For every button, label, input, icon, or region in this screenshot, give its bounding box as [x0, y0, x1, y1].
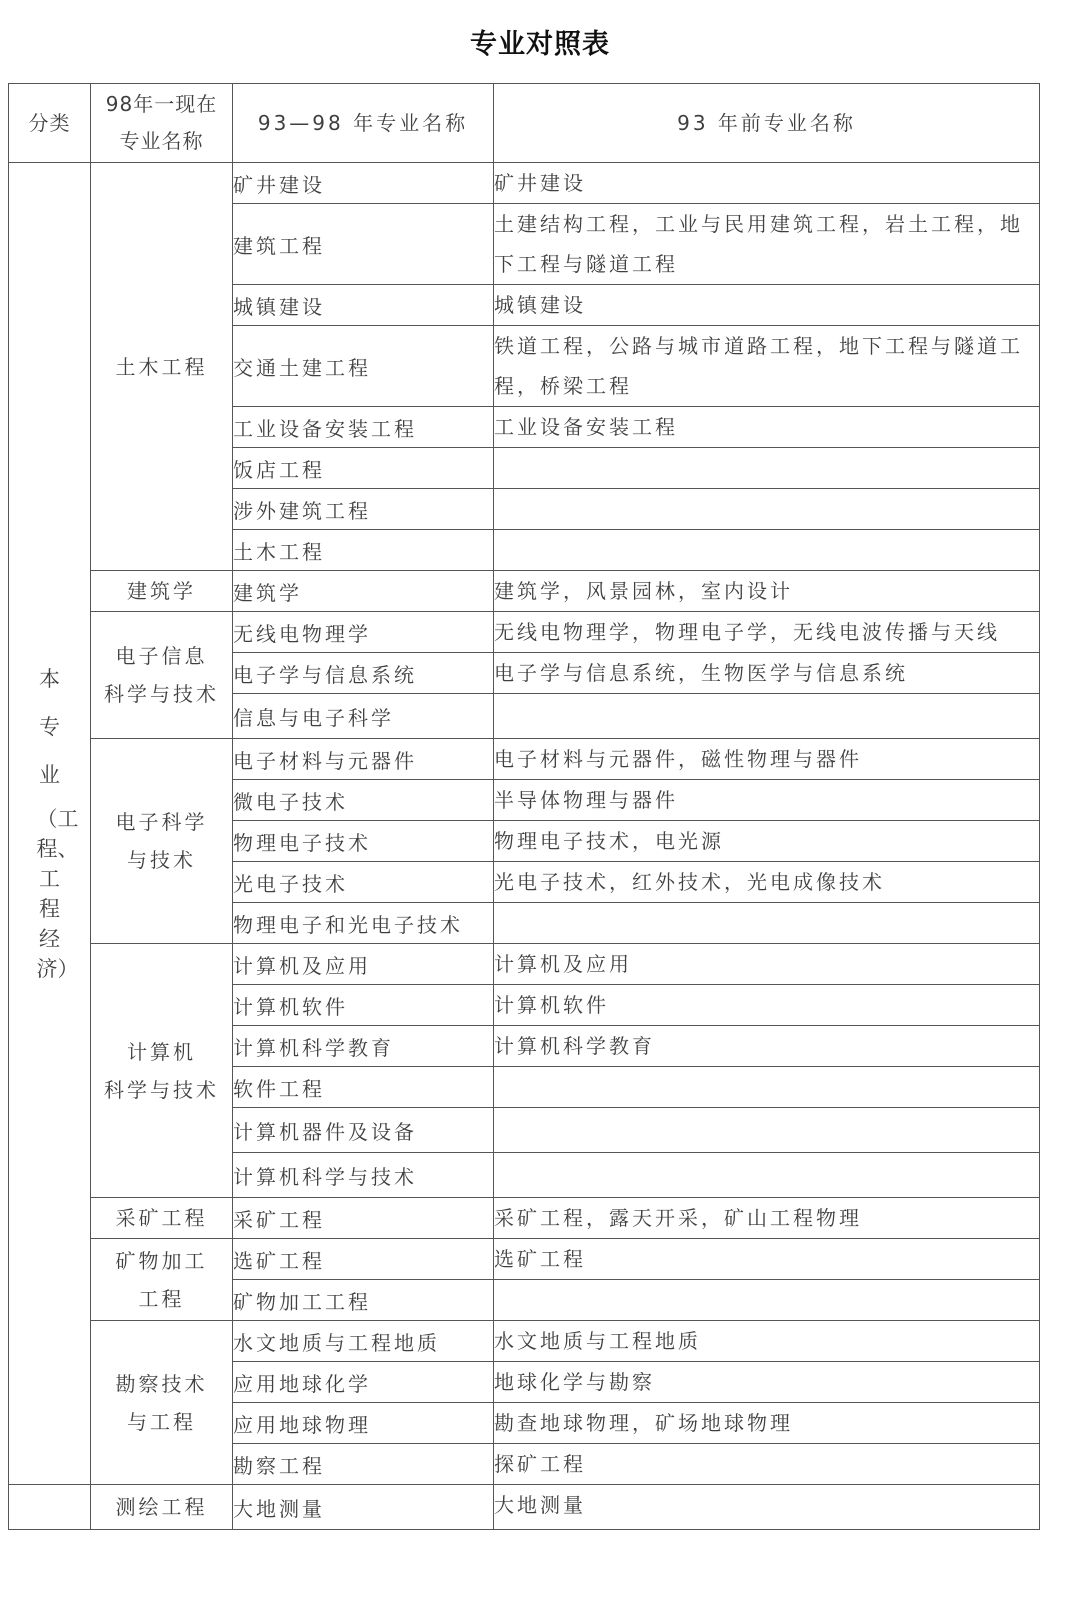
current-major-cell: 计算机科学与技术 [91, 944, 233, 1198]
category-char: 程 [37, 894, 63, 924]
old-major-cell: 计算机软件 [494, 985, 1040, 1026]
old-major-cell: 探矿工程 [494, 1444, 1040, 1485]
old-major-cell [494, 1280, 1040, 1321]
old-major-cell: 计算机及应用 [494, 944, 1040, 985]
mid-major-cell: 工业设备安装工程 [233, 407, 494, 448]
header-current-major-text: 98年一现在专业名称 [106, 92, 217, 153]
old-major-cell: 电子学与信息系统，生物医学与信息系统 [494, 653, 1040, 694]
current-major-cell: 电子科学与技术 [91, 739, 233, 944]
header-category: 分类 [9, 84, 91, 163]
table-row: 计算机科学与技术计算机及应用计算机及应用 [9, 944, 1040, 985]
current-major-line: 科学与技术 [91, 675, 232, 713]
mid-major-cell: 计算机科学与技术 [233, 1153, 494, 1198]
table-row: 采矿工程采矿工程采矿工程，露天开采，矿山工程物理 [9, 1198, 1040, 1239]
mid-major-cell: 计算机科学教育 [233, 1026, 494, 1067]
page-title: 专业对照表 [0, 22, 1080, 61]
old-major-cell [494, 1067, 1040, 1108]
mid-major-cell: 微电子技术 [233, 780, 494, 821]
table-row: 建筑学建筑学建筑学，风景园林，室内设计 [9, 571, 1040, 612]
old-major-cell: 矿井建设 [494, 163, 1040, 204]
mid-major-cell: 饭店工程 [233, 448, 494, 489]
old-major-cell: 地球化学与勘察 [494, 1362, 1040, 1403]
old-major-cell: 水文地质与工程地质 [494, 1321, 1040, 1362]
header-mid-major: 93—98 年专业名称 [233, 84, 494, 163]
old-major-cell: 大地测量 [494, 1485, 1040, 1530]
category-cell: 本专业（工程、工程经济） [9, 163, 91, 1485]
mid-major-cell: 应用地球物理 [233, 1403, 494, 1444]
old-major-cell: 城镇建设 [494, 285, 1040, 326]
header-old-major: 93 年前专业名称 [494, 84, 1040, 163]
table-row: 电子信息科学与技术无线电物理学无线电物理学，物理电子学，无线电波传播与天线 [9, 612, 1040, 653]
mid-major-cell: 计算机器件及设备 [233, 1108, 494, 1153]
mid-major-cell: 信息与电子科学 [233, 694, 494, 739]
table-row: 矿物加工工程选矿工程选矿工程 [9, 1239, 1040, 1280]
mid-major-cell: 矿井建设 [233, 163, 494, 204]
mid-major-cell: 软件工程 [233, 1067, 494, 1108]
mid-major-cell: 采矿工程 [233, 1198, 494, 1239]
current-major-line: 工程 [91, 1280, 232, 1318]
mid-major-cell: 建筑学 [233, 571, 494, 612]
old-major-cell: 土建结构工程，工业与民用建筑工程，岩土工程，地下工程与隧道工程 [494, 204, 1040, 285]
category-char: 济） [37, 954, 63, 984]
old-major-cell: 计算机科学教育 [494, 1026, 1040, 1067]
current-major-line: 与工程 [91, 1403, 232, 1441]
mid-major-cell: 物理电子和光电子技术 [233, 903, 494, 944]
current-major-line: 计算机 [91, 1033, 232, 1071]
old-major-cell: 采矿工程，露天开采，矿山工程物理 [494, 1198, 1040, 1239]
old-major-cell [494, 1153, 1040, 1198]
category-char: 程、 [37, 834, 63, 864]
current-major-cell: 采矿工程 [91, 1198, 233, 1239]
mid-major-cell: 计算机及应用 [233, 944, 494, 985]
mid-major-cell: 交通土建工程 [233, 326, 494, 407]
old-major-cell: 建筑学，风景园林，室内设计 [494, 571, 1040, 612]
current-major-line: 科学与技术 [91, 1071, 232, 1109]
current-major-cell: 电子信息科学与技术 [91, 612, 233, 739]
mid-major-cell: 无线电物理学 [233, 612, 494, 653]
old-major-cell [494, 694, 1040, 739]
old-major-cell [494, 530, 1040, 571]
old-major-cell: 铁道工程，公路与城市道路工程，地下工程与隧道工程，桥梁工程 [494, 326, 1040, 407]
current-major-line: 勘察技术 [91, 1365, 232, 1403]
old-major-cell: 电子材料与元器件，磁性物理与器件 [494, 739, 1040, 780]
category-char: 专 [37, 712, 63, 742]
mid-major-cell: 计算机软件 [233, 985, 494, 1026]
current-major-line: 电子信息 [91, 637, 232, 675]
current-major-cell: 建筑学 [91, 571, 233, 612]
mid-major-cell: 涉外建筑工程 [233, 489, 494, 530]
mid-major-cell: 大地测量 [233, 1485, 494, 1530]
category-char: 本 [37, 664, 63, 694]
old-major-cell [494, 1108, 1040, 1153]
old-major-cell [494, 903, 1040, 944]
mid-major-cell: 电子学与信息系统 [233, 653, 494, 694]
category-char: （工 [37, 804, 63, 834]
category-label: 本专业（工程、工程经济） [37, 664, 63, 984]
mid-major-cell: 水文地质与工程地质 [233, 1321, 494, 1362]
old-major-cell: 选矿工程 [494, 1239, 1040, 1280]
mid-major-cell: 物理电子技术 [233, 821, 494, 862]
table-body: 本专业（工程、工程经济）土木工程矿井建设矿井建设建筑工程土建结构工程，工业与民用… [9, 163, 1040, 1530]
old-major-cell: 光电子技术，红外技术，光电成像技术 [494, 862, 1040, 903]
mid-major-cell: 建筑工程 [233, 204, 494, 285]
mid-major-cell: 电子材料与元器件 [233, 739, 494, 780]
category-cell-empty [9, 1485, 91, 1530]
old-major-cell: 物理电子技术，电光源 [494, 821, 1040, 862]
current-major-cell: 勘察技术与工程 [91, 1321, 233, 1485]
old-major-cell [494, 489, 1040, 530]
header-current-major: 98年一现在专业名称 [91, 84, 233, 163]
mid-major-cell: 城镇建设 [233, 285, 494, 326]
table-row: 测绘工程大地测量大地测量 [9, 1485, 1040, 1530]
mid-major-cell: 选矿工程 [233, 1239, 494, 1280]
old-major-cell: 无线电物理学，物理电子学，无线电波传播与天线 [494, 612, 1040, 653]
old-major-cell: 半导体物理与器件 [494, 780, 1040, 821]
old-major-cell [494, 448, 1040, 489]
current-major-cell: 土木工程 [91, 163, 233, 571]
current-major-line: 矿物加工 [91, 1242, 232, 1280]
old-major-cell: 工业设备安装工程 [494, 407, 1040, 448]
mid-major-cell: 光电子技术 [233, 862, 494, 903]
table-row: 本专业（工程、工程经济）土木工程矿井建设矿井建设 [9, 163, 1040, 204]
old-major-cell: 勘查地球物理，矿场地球物理 [494, 1403, 1040, 1444]
current-major-cell: 测绘工程 [91, 1485, 233, 1530]
mid-major-cell: 矿物加工工程 [233, 1280, 494, 1321]
table-row: 电子科学与技术电子材料与元器件电子材料与元器件，磁性物理与器件 [9, 739, 1040, 780]
current-major-line: 与技术 [91, 841, 232, 879]
current-major-line: 电子科学 [91, 803, 232, 841]
mid-major-cell: 土木工程 [233, 530, 494, 571]
mid-major-cell: 勘察工程 [233, 1444, 494, 1485]
mid-major-cell: 应用地球化学 [233, 1362, 494, 1403]
category-char: 业 [37, 760, 63, 790]
current-major-cell: 矿物加工工程 [91, 1239, 233, 1321]
table-header-row: 分类 98年一现在专业名称 93—98 年专业名称 93 年前专业名称 [9, 84, 1040, 163]
category-char: 经 [37, 924, 63, 954]
major-comparison-table: 分类 98年一现在专业名称 93—98 年专业名称 93 年前专业名称 本专业（… [8, 83, 1040, 1530]
category-char: 工 [37, 864, 63, 894]
table-row: 勘察技术与工程水文地质与工程地质水文地质与工程地质 [9, 1321, 1040, 1362]
